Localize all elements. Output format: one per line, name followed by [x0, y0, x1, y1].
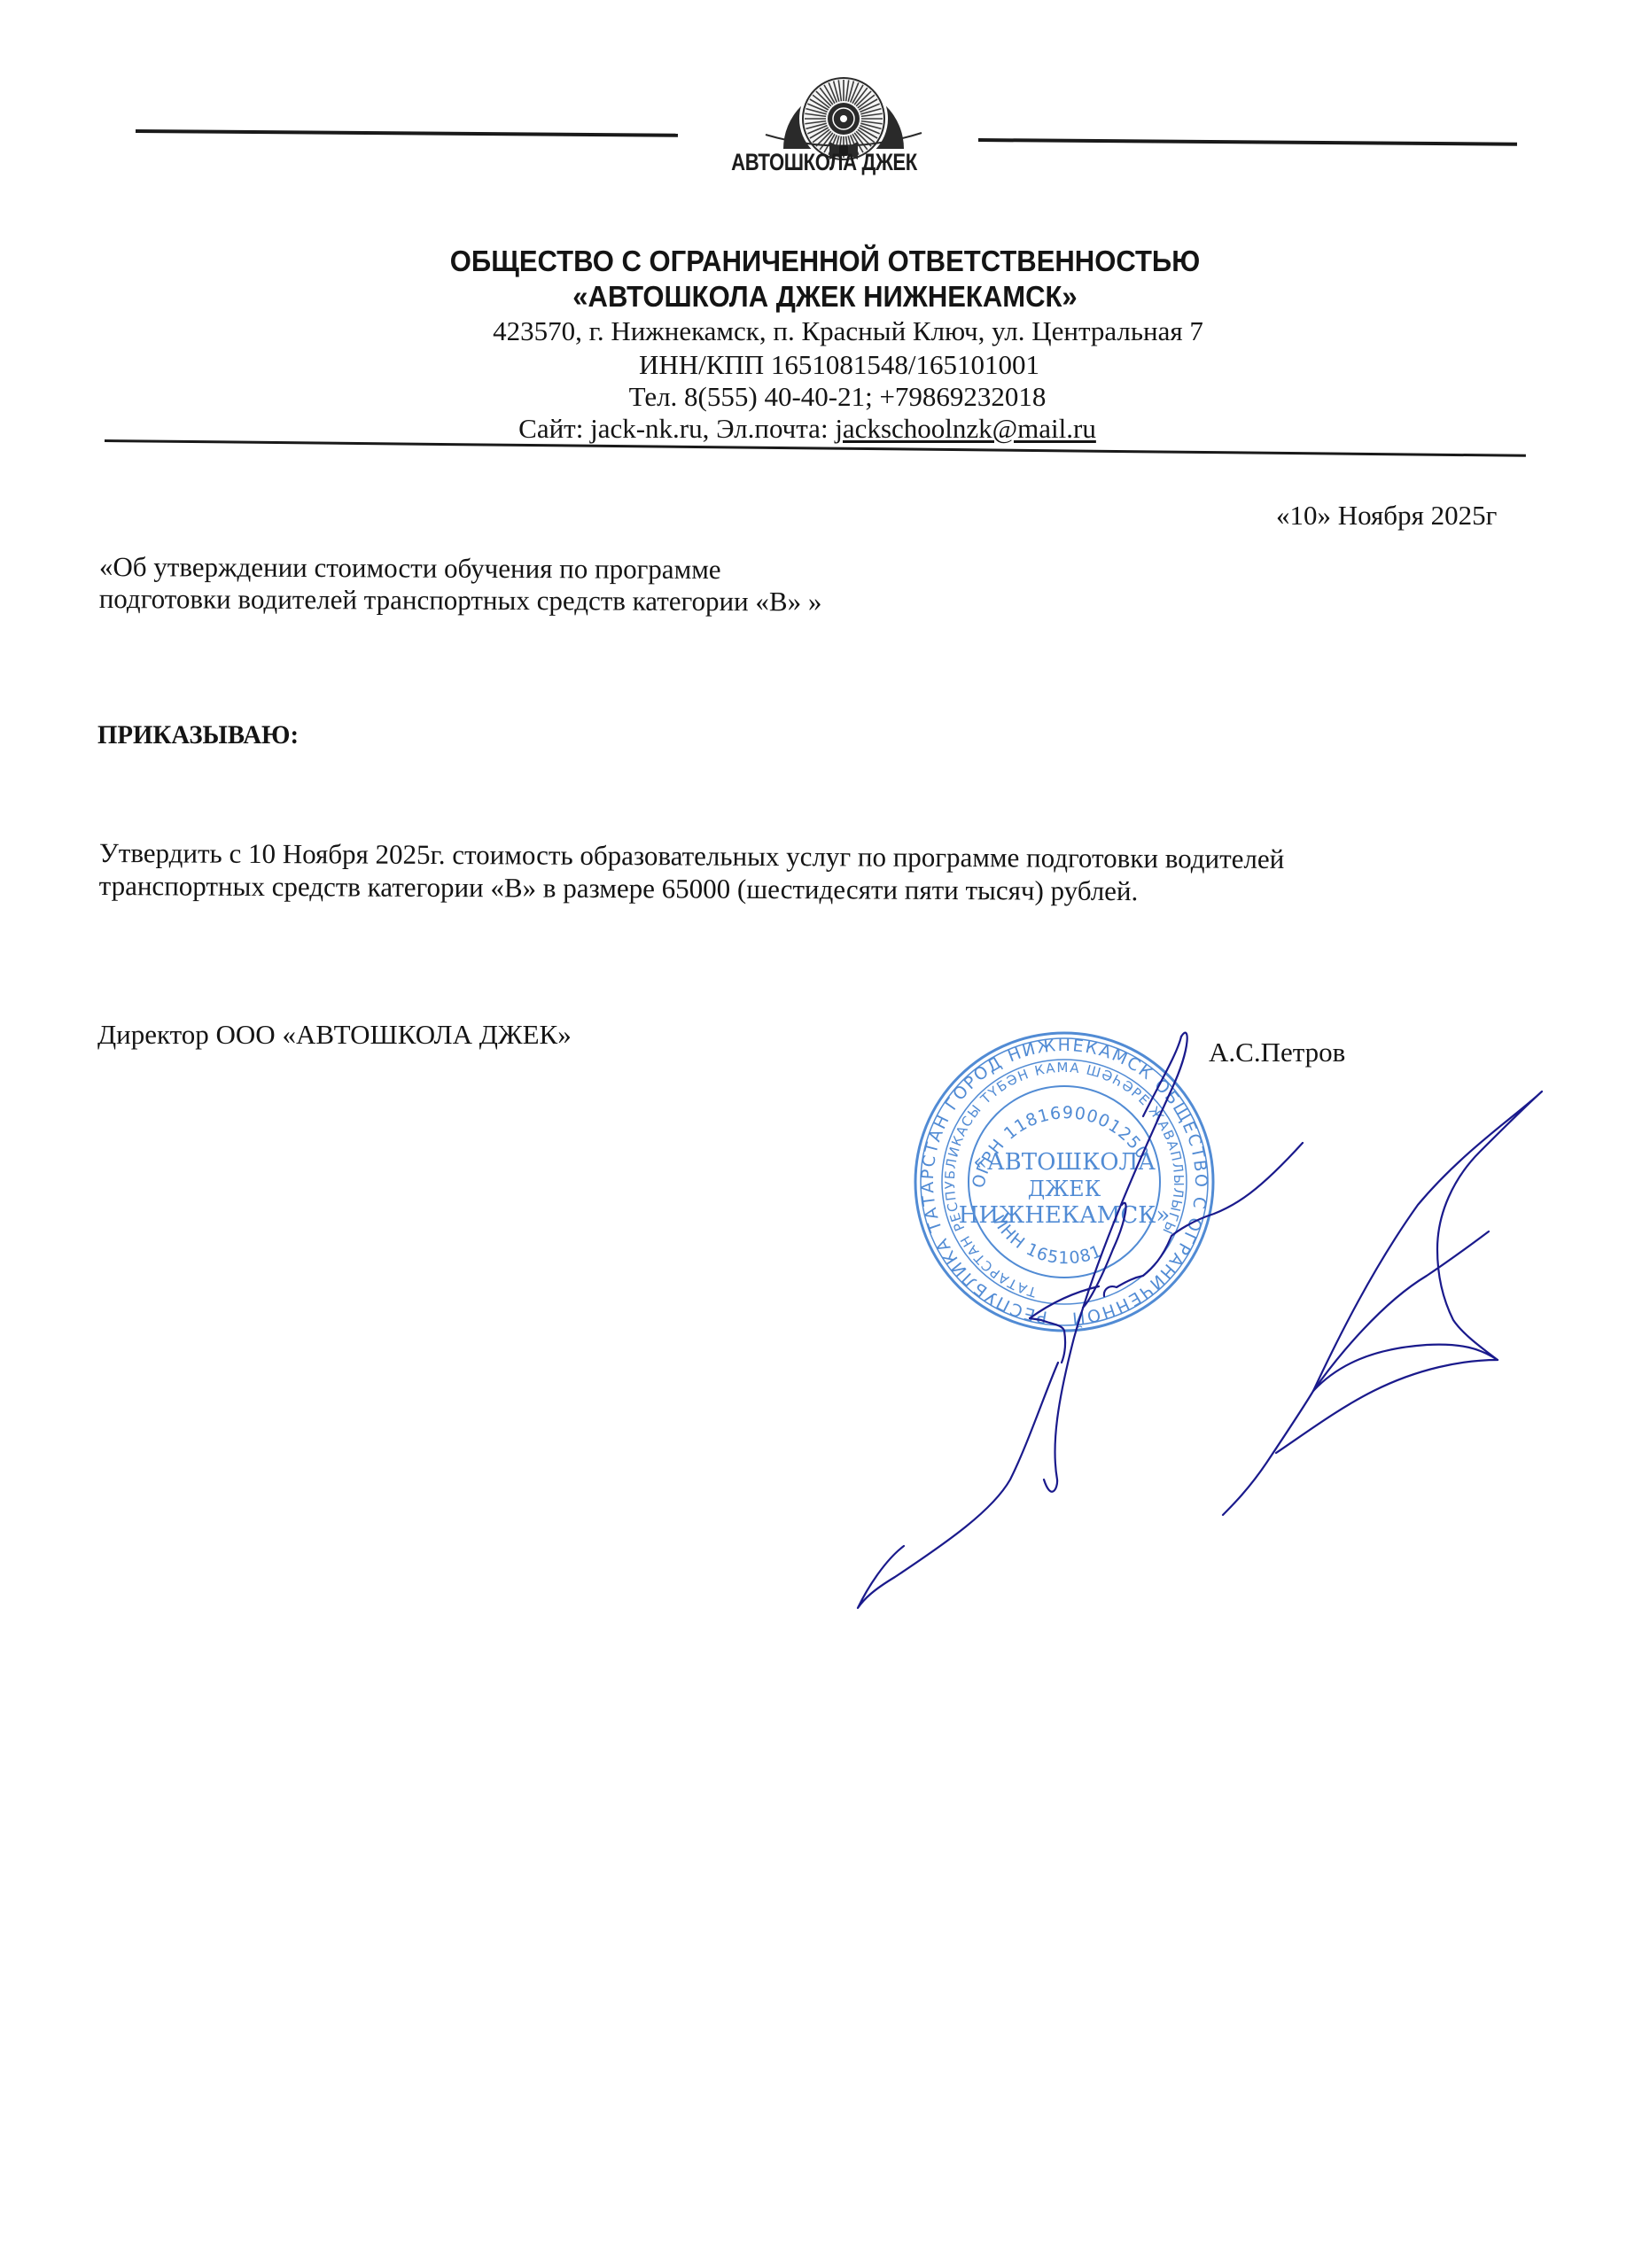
email-link[interactable]: jackschoolnzk@mail.ru: [835, 413, 1096, 444]
signer-position: Директор ООО «АВТОШКОЛА ДЖЕК»: [97, 1019, 572, 1051]
header-rule-right: [978, 138, 1517, 146]
website-label: Сайт: jack-nk.ru, Эл.почта:: [518, 413, 835, 444]
subject-line-1: «Об утверждении стоимости обучения по пр…: [99, 551, 822, 586]
wheel-with-bowtie-logo-icon: [764, 43, 923, 167]
company-address: 423570, г. Нижнекамск, п. Красный Ключ, …: [23, 315, 1650, 347]
company-name: «АВТОШКОЛА ДЖЕК НИЖНЕКАМСК»: [50, 280, 1600, 314]
logo-text: АВТОШКОЛА ДЖЕК: [715, 149, 933, 176]
company-phone: Тел. 8(555) 40-40-21; +79869232018: [12, 381, 1650, 413]
header-rule-left: [136, 129, 678, 137]
document-date: «10» Ноября 2025г: [1276, 500, 1497, 532]
handwritten-signature: [842, 1019, 1551, 1639]
subject-line-2: подготовки водителей транспортных средст…: [99, 583, 822, 618]
company-contacts: Сайт: jack-nk.ru, Эл.почта: jackschoolnz…: [0, 413, 1632, 445]
company-inn-kpp: ИНН/КПП 1651081548/165101001: [14, 349, 1650, 381]
order-body: Утвердить с 10 Ноября 2025г. стоимость о…: [99, 836, 1285, 908]
order-heading: ПРИКАЗЫВАЮ:: [97, 719, 299, 751]
body-line-2: транспортных средств категории «В» в раз…: [99, 869, 1285, 908]
company-type: ОБЩЕСТВО С ОГРАНИЧЕННОЙ ОТВЕТСТВЕННОСТЬЮ: [50, 245, 1600, 278]
document-subject: «Об утверждении стоимости обучения по пр…: [99, 551, 822, 618]
